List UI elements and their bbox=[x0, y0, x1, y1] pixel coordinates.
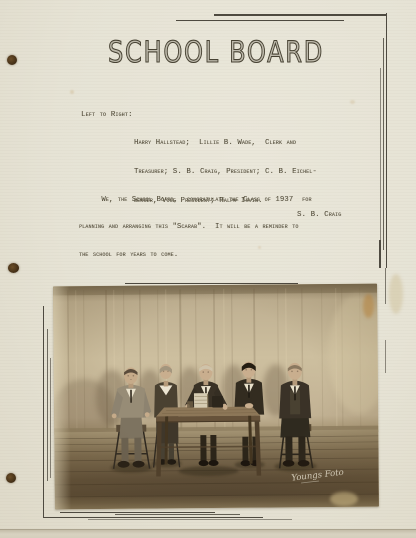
frame-line-right-3 bbox=[380, 68, 381, 244]
frame-line-right-2 bbox=[383, 38, 384, 250]
photo-frame-line-left-3 bbox=[50, 358, 51, 478]
title-text: SCHOOL BOARD bbox=[108, 35, 324, 69]
frame-line-right-4 bbox=[379, 240, 381, 268]
frame-line-top-1 bbox=[214, 14, 386, 16]
page-bottom-edge bbox=[0, 529, 416, 538]
paper-stain bbox=[389, 274, 403, 314]
scrapbook-page: SCHOOL BOARD Left to Right: Harry Hallst… bbox=[0, 0, 416, 538]
message-paragraph: We, the School Board, congratulate the C… bbox=[79, 177, 312, 279]
photo-frame-line-bottom-3 bbox=[115, 514, 240, 515]
message-signoff: S. B. Craig bbox=[297, 211, 341, 219]
message-line: the school for years to come. bbox=[79, 251, 312, 260]
caption-line: Harry Hallstead; Lillie B. Wade, Clerk a… bbox=[134, 139, 317, 149]
foxing-dot bbox=[70, 90, 74, 94]
photo-frame-line-left-2 bbox=[47, 329, 48, 481]
caption-heading: Left to Right: bbox=[81, 111, 133, 119]
photograph: Youngs Foto bbox=[53, 284, 379, 510]
frame-line-right-1 bbox=[386, 13, 387, 268]
punch-hole-bottom bbox=[6, 473, 16, 483]
punch-hole-middle bbox=[8, 263, 19, 273]
punch-hole-top bbox=[7, 55, 17, 65]
photo-frame-line-bottom-1 bbox=[43, 517, 263, 518]
photo-frame-line-bottom-4 bbox=[88, 519, 292, 520]
frame-line-top-2 bbox=[176, 20, 344, 22]
photo-frame-line-bottom-2 bbox=[60, 512, 215, 513]
frame-line-right-6 bbox=[385, 340, 386, 373]
photo-scene: Youngs Foto bbox=[53, 284, 379, 510]
foxing-dot bbox=[350, 100, 355, 104]
message-line: We, the School Board, congratulate the C… bbox=[79, 196, 312, 205]
message-line: planning and arranging this "Scarab". It… bbox=[79, 223, 312, 232]
frame-line-right-5 bbox=[385, 268, 386, 304]
title-lettering: SCHOOL BOARD bbox=[106, 26, 346, 72]
photo-frame-line-left-1 bbox=[43, 306, 44, 518]
page-title: SCHOOL BOARD bbox=[106, 26, 346, 72]
